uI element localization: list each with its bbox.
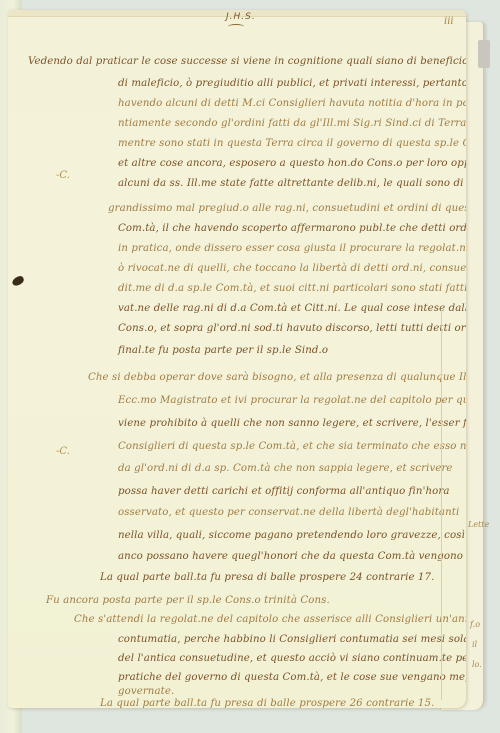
text-line: anco possano havere quegl'honori che da … [118, 551, 466, 562]
vote-result: La qual parte ball.ta fu presa di balle … [100, 698, 434, 708]
manuscript-page: J.H.S. iii Vedendo dal praticar le cose … [8, 10, 466, 708]
binding-tab [478, 40, 490, 68]
margin-mark: -C. [56, 170, 70, 181]
text-line: Che s'attendi la regolat.ne del capitolo… [74, 614, 466, 625]
text-line: alcuni da ss. Ill.me state fatte altrett… [118, 178, 466, 189]
right-edge-note: Lette [468, 520, 489, 529]
text-line: et altre cose ancora, esposero a questo … [118, 158, 466, 169]
right-edge-note: lo. [472, 660, 482, 669]
folio-mark: J.H.S. [226, 12, 256, 22]
page-fold-line [441, 310, 442, 700]
text-line: nella villa, quali, siccome pagano prete… [118, 530, 465, 541]
text-line: havendo alcuni di detti M.ci Consiglieri… [118, 98, 466, 109]
text-line: ntiamente secondo gl'ordini fatti da gl'… [118, 118, 466, 129]
text-line: final.te fu posta parte per il sp.le Sin… [118, 345, 328, 356]
folio-number: iii [444, 16, 454, 27]
text-line: Fu ancora posta parte per il sp.le Cons.… [46, 595, 330, 606]
text-line: viene prohibito à quelli che non sanno l… [118, 418, 466, 429]
right-edge-note: il [472, 640, 477, 649]
text-line: ò rivocat.ne di quelli, che toccano la l… [118, 263, 466, 274]
text-line: da gl'ord.ni di d.a sp. Com.tà che non s… [118, 463, 453, 474]
text-line: mentre sono stati in questa Terra circa … [118, 138, 466, 149]
folio-underline-flourish [228, 24, 244, 29]
text-line: Consiglieri di questa sp.le Com.tà, et c… [118, 441, 466, 452]
text-line: vat.ne delle rag.ni di d.a Com.tà et Cit… [118, 303, 466, 314]
text-line: osservato, et questo per conservat.ne de… [118, 507, 459, 518]
text-line: grandissimo mal pregiud.o alle rag.ni, c… [108, 203, 466, 214]
right-edge-note: f.o [470, 620, 480, 629]
vote-result: La qual parte ball.ta fu presa di balle … [100, 572, 434, 583]
text-line: Vedendo dal praticar le cose successe si… [28, 56, 466, 67]
text-line: Com.tà, il che havendo scoperto affermar… [118, 223, 466, 234]
text-line: in pratica, onde dissero esser cosa gius… [118, 243, 466, 254]
text-line: dit.me di d.a sp.le Com.tà, et suoi citt… [118, 283, 466, 294]
margin-mark: -C. [56, 446, 70, 457]
text-line: Che si debba operar dove sarà bisogno, e… [88, 372, 466, 383]
text-line: pratiche del governo di questa Com.tà, e… [118, 672, 466, 683]
text-line: possa haver detti carichi et offitij con… [118, 486, 450, 497]
text-line: Ecc.mo Magistrato et ivi procurar la reg… [118, 395, 466, 406]
text-line: Cons.o, et sopra gl'ord.ni sod.ti havuto… [118, 323, 466, 334]
text-line: di maleficio, ò pregiuditio alli publici… [118, 78, 466, 89]
text-line: governate. [118, 686, 174, 697]
text-line: del l'antica consuetudine, et questo acc… [118, 653, 466, 664]
text-line: contumatia, perche habbino li Consiglier… [118, 634, 466, 645]
